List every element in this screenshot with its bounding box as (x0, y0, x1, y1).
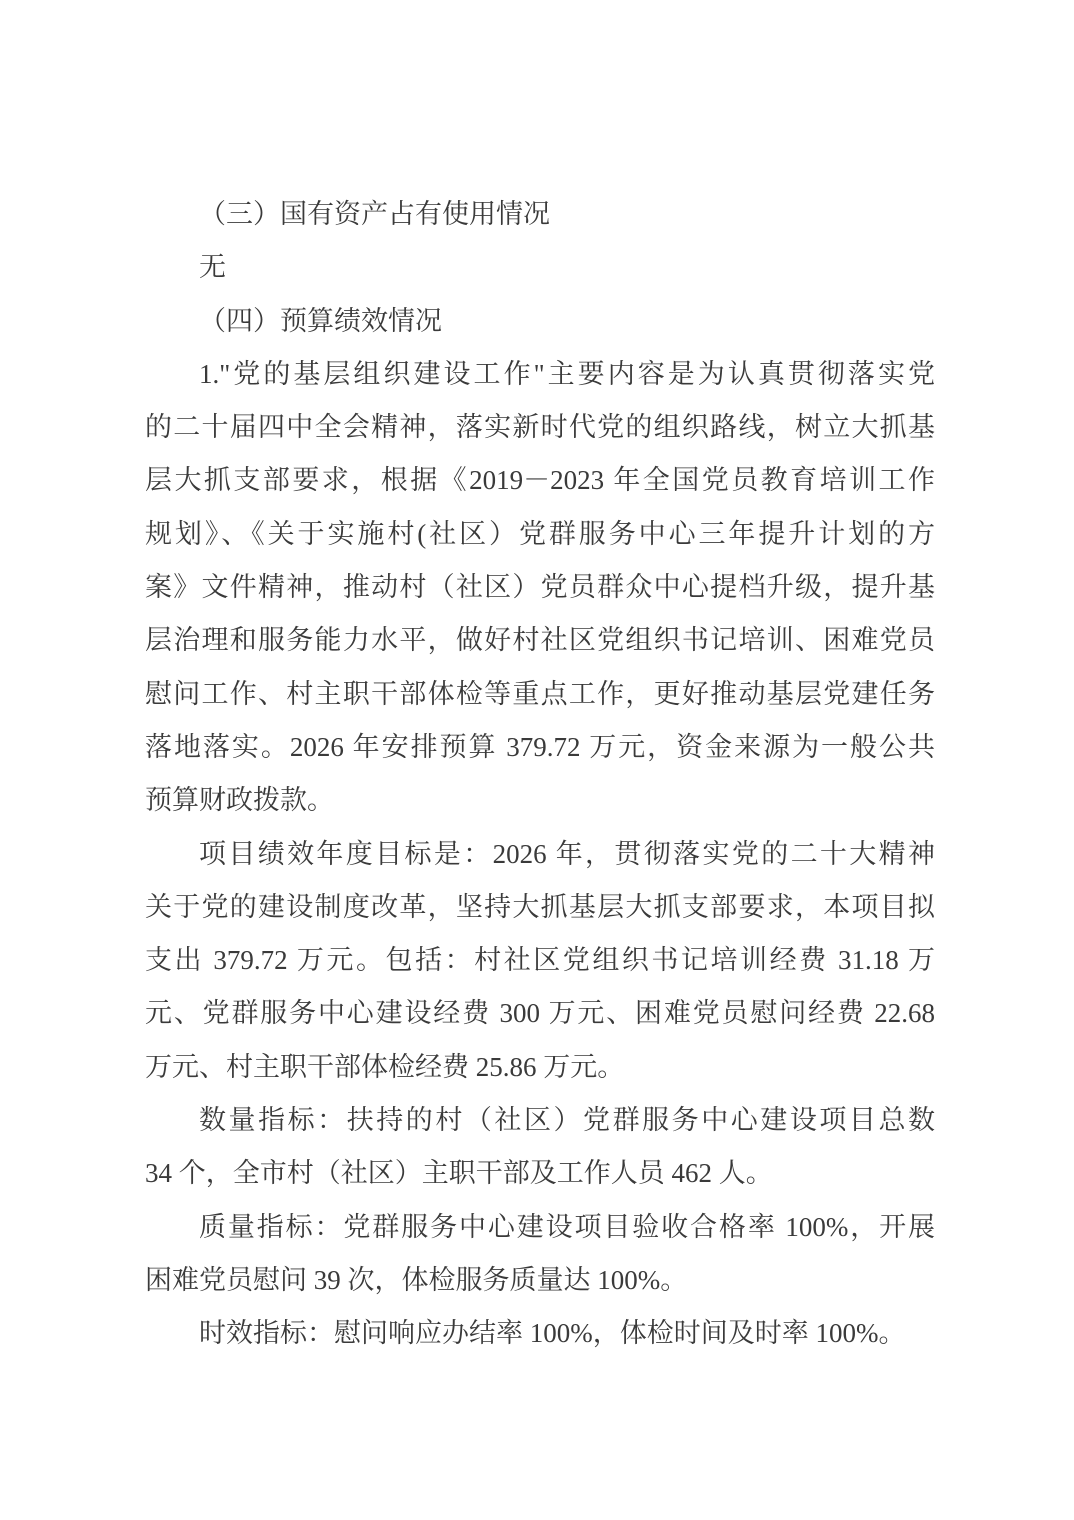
paragraph-line: 时效指标：慰问响应办结率 100%，体检时间及时率 100%。 (145, 1307, 935, 1360)
paragraph-line: 预算财政拨款。 (145, 774, 935, 827)
paragraph-line: 万元、村主职干部体检经费 25.86 万元。 (145, 1041, 935, 1094)
paragraph-line: 落地落实。2026 年安排预算 379.72 万元，资金来源为一般公共 (145, 721, 935, 774)
document-page: （三）国有资产占有使用情况 无 （四）预算绩效情况 1."党的基层组织建设工作"… (0, 0, 1074, 1520)
heading-budget-performance: （四）预算绩效情况 (145, 295, 935, 348)
paragraph-line: 案》文件精神，推动村（社区）党员群众中心提档升级，提升基 (145, 561, 935, 614)
paragraph-line: 元、党群服务中心建设经费 300 万元、困难党员慰问经费 22.68 (145, 987, 935, 1040)
paragraph-line: 困难党员慰问 39 次，体检服务质量达 100%。 (145, 1254, 935, 1307)
paragraph-line: 的二十届四中全会精神，落实新时代党的组织路线，树立大抓基 (145, 401, 935, 454)
paragraph-line: 慰问工作、村主职干部体检等重点工作，更好推动基层党建任务 (145, 668, 935, 721)
paragraph-line: 34 个，全市村（社区）主职干部及工作人员 462 人。 (145, 1147, 935, 1200)
paragraph-line: 规划》、《关于实施村(社区）党群服务中心三年提升计划的方 (145, 508, 935, 561)
paragraph-line: 关于党的建设制度改革，坚持大抓基层大抓支部要求，本项目拟 (145, 881, 935, 934)
heading-state-assets: （三）国有资产占有使用情况 (145, 188, 935, 241)
paragraph-line: 支出 379.72 万元。包括：村社区党组织书记培训经费 31.18 万 (145, 934, 935, 987)
paragraph-line: 项目绩效年度目标是：2026 年，贯彻落实党的二十大精神 (145, 828, 935, 881)
paragraph-line: 质量指标：党群服务中心建设项目验收合格率 100%，开展 (145, 1201, 935, 1254)
paragraph-line: 数量指标：扶持的村（社区）党群服务中心建设项目总数 (145, 1094, 935, 1147)
paragraph-line: 1."党的基层组织建设工作"主要内容是为认真贯彻落实党 (145, 348, 935, 401)
paragraph-line: 层大抓支部要求，根据《2019－2023 年全国党员教育培训工作 (145, 454, 935, 507)
state-assets-body: 无 (145, 241, 935, 294)
document-content: （三）国有资产占有使用情况 无 （四）预算绩效情况 1."党的基层组织建设工作"… (145, 188, 935, 1361)
paragraph-line: 层治理和服务能力水平，做好村社区党组织书记培训、困难党员 (145, 614, 935, 667)
